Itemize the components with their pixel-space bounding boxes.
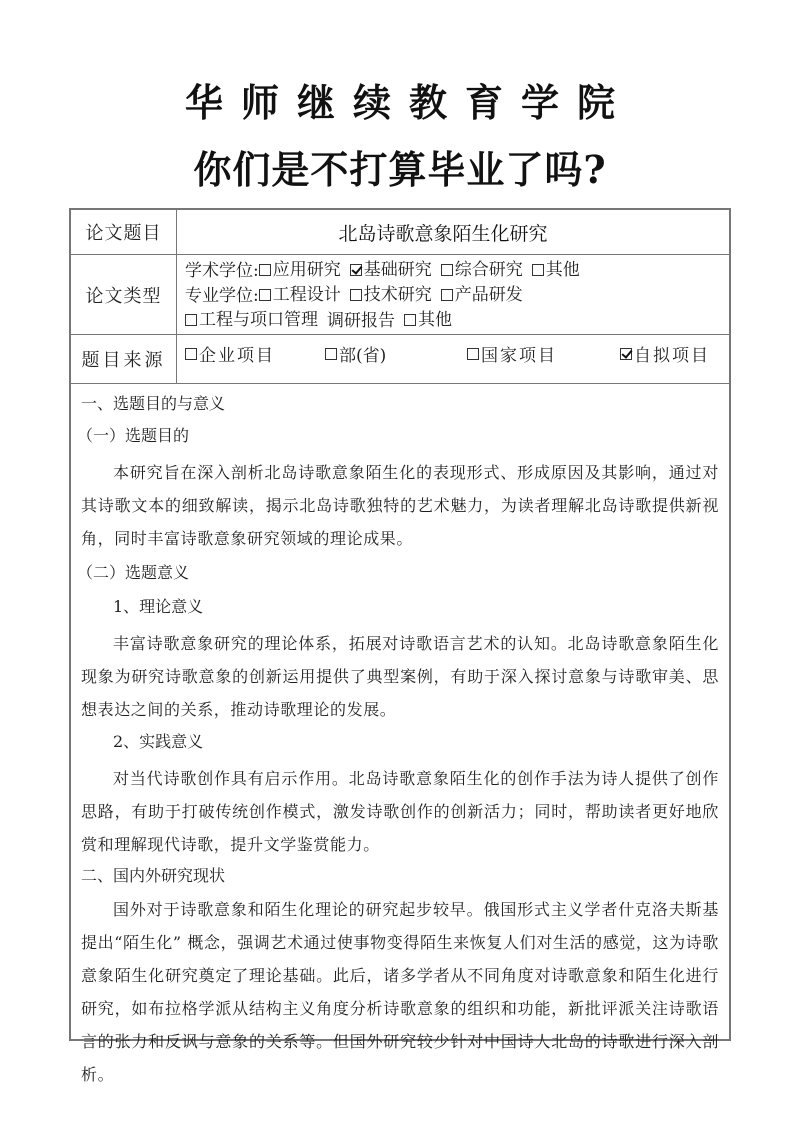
option-ministry-province[interactable]: 部(省) xyxy=(325,341,386,366)
option-engineering-project-management[interactable]: 工程与项口管理 xyxy=(185,308,318,332)
proposal-body: 一、选题目的与意义 （一）选题目的 本研究旨在深入剖析北岛诗歌意象陌生化的表现形… xyxy=(71,384,729,1093)
thesis-proposal-form: 论文题目 北岛诗歌意象陌生化研究 论文类型 学术学位:应用研究基础研究综合研究其… xyxy=(69,208,731,1041)
option-label: 国家项目 xyxy=(481,341,557,366)
option-product-development[interactable]: 产品研发 xyxy=(441,283,523,307)
checkbox-unchecked-icon[interactable] xyxy=(532,264,544,276)
page-title-institution: 华师继续教育学院 xyxy=(0,78,800,128)
thesis-title-row: 论文题目 北岛诗歌意象陌生化研究 xyxy=(71,210,729,255)
checkbox-unchecked-icon[interactable] xyxy=(185,348,197,360)
thesis-type-label: 论文类型 xyxy=(71,255,177,334)
option-enterprise-project[interactable]: 企业项目 xyxy=(185,341,275,366)
option-academic-other[interactable]: 其他 xyxy=(532,258,580,282)
page-title-question: 你们是不打算毕业了吗? xyxy=(0,142,800,198)
topic-source-row: 题目来源 企业项目 部(省) 国家项目 自拟项目 xyxy=(71,335,729,384)
checkbox-unchecked-icon[interactable] xyxy=(259,289,271,301)
professional-degree-line: 专业学位:工程设计技术研究产品研发 xyxy=(185,283,729,308)
option-label: 调研报告 xyxy=(327,309,395,333)
option-label: 产品研发 xyxy=(455,283,523,307)
checkbox-unchecked-icon[interactable] xyxy=(441,289,453,301)
option-label: 其他 xyxy=(418,308,452,332)
checkbox-checked-icon[interactable] xyxy=(620,348,632,360)
checkbox-unchecked-icon[interactable] xyxy=(404,314,416,326)
point-heading-practical: 2、实践意义 xyxy=(81,728,719,762)
checkbox-unchecked-icon[interactable] xyxy=(350,289,362,301)
thesis-title-cell: 北岛诗歌意象陌生化研究 xyxy=(177,210,729,254)
checkbox-unchecked-icon[interactable] xyxy=(259,264,271,276)
theoretical-significance-paragraph: 丰富诗歌意象研究的理论体系，拓展对诗歌语言艺术的认知。北岛诗歌意象陌生化现象为研… xyxy=(81,627,719,726)
academic-degree-line: 学术学位:应用研究基础研究综合研究其他 xyxy=(185,258,729,283)
option-self-proposed-project[interactable]: 自拟项目 xyxy=(620,341,710,366)
option-label: 综合研究 xyxy=(455,258,523,282)
option-label: 其他 xyxy=(546,258,580,282)
professional-degree-line-2: 工程与项口管理调研报告其他 xyxy=(185,308,729,333)
thesis-title-value: 北岛诗歌意象陌生化研究 xyxy=(177,210,729,254)
option-label: 工程与项口管理 xyxy=(199,308,318,332)
option-label: 基础研究 xyxy=(364,258,432,282)
option-label: 应用研究 xyxy=(273,258,341,282)
checkbox-unchecked-icon[interactable] xyxy=(185,314,197,326)
checkbox-unchecked-icon[interactable] xyxy=(325,348,337,360)
option-survey-report[interactable]: 调研报告 xyxy=(327,309,395,333)
option-label: 工程设计 xyxy=(273,283,341,307)
checkbox-unchecked-icon[interactable] xyxy=(441,264,453,276)
option-professional-other[interactable]: 其他 xyxy=(404,308,452,332)
professional-degree-prefix: 专业学位: xyxy=(185,286,259,306)
topic-source-label: 题目来源 xyxy=(71,335,177,383)
topic-source-cell: 企业项目 部(省) 国家项目 自拟项目 xyxy=(177,335,729,383)
option-applied-research[interactable]: 应用研究 xyxy=(259,258,341,282)
option-label: 技术研究 xyxy=(364,283,432,307)
practical-significance-paragraph: 对当代诗歌创作具有启示作用。北岛诗歌意象陌生化的创作手法为诗人提供了创作思路，有… xyxy=(81,762,719,861)
point-heading-theoretical: 1、理论意义 xyxy=(81,593,719,627)
research-status-paragraph: 国外对于诗歌意象和陌生化理论的研究起步较早。俄国形式主义学者什克洛夫斯基提出“陌… xyxy=(81,893,719,1091)
section-heading-purpose-significance: 一、选题目的与意义 xyxy=(81,392,719,420)
thesis-type-cell: 学术学位:应用研究基础研究综合研究其他 专业学位:工程设计技术研究产品研发 工程… xyxy=(177,255,729,334)
option-national-project[interactable]: 国家项目 xyxy=(467,341,557,366)
purpose-paragraph: 本研究旨在深入剖析北岛诗歌意象陌生化的表现形式、形成原因及其影响，通过对其诗歌文… xyxy=(81,456,719,555)
checkbox-unchecked-icon[interactable] xyxy=(467,348,479,360)
subsection-heading-significance: （二）选题意义 xyxy=(77,557,719,593)
academic-degree-prefix: 学术学位: xyxy=(185,261,259,281)
option-basic-research[interactable]: 基础研究 xyxy=(350,258,432,282)
option-technical-research[interactable]: 技术研究 xyxy=(350,283,432,307)
option-engineering-design[interactable]: 工程设计 xyxy=(259,283,341,307)
thesis-title-label: 论文题目 xyxy=(71,210,177,254)
option-label: 自拟项目 xyxy=(634,341,710,366)
subsection-heading-purpose: （一）选题目的 xyxy=(77,420,719,456)
section-heading-research-status: 二、国内外研究现状 xyxy=(81,861,719,893)
option-label: 企业项目 xyxy=(199,341,275,366)
option-label: 部(省) xyxy=(339,341,386,366)
checkbox-checked-icon[interactable] xyxy=(350,264,362,276)
option-comprehensive-research[interactable]: 综合研究 xyxy=(441,258,523,282)
thesis-type-row: 论文类型 学术学位:应用研究基础研究综合研究其他 专业学位:工程设计技术研究产品… xyxy=(71,255,729,335)
